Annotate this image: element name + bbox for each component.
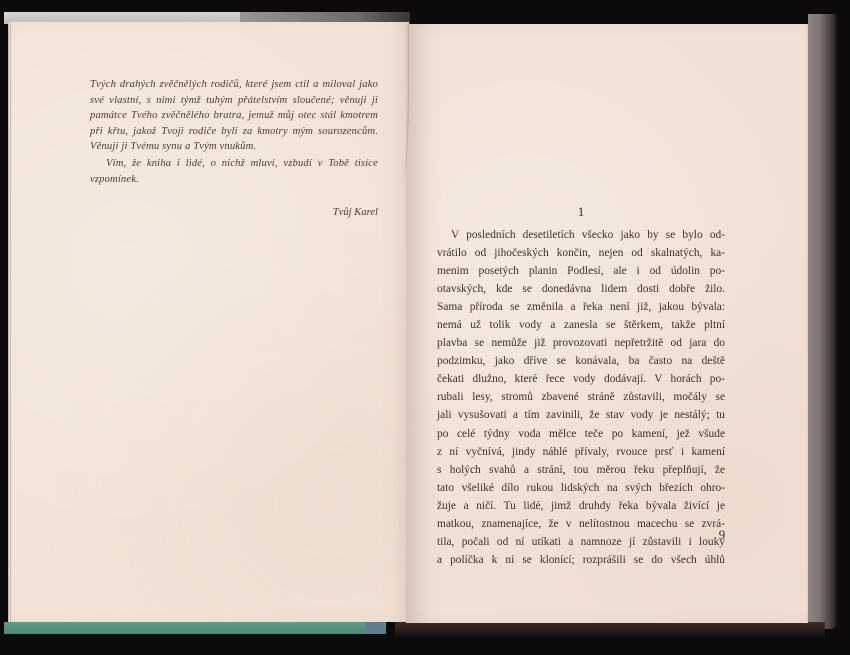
text-line: rubali lesy, stromů zbavené stráně zůsta… [437, 388, 725, 406]
green-cover-board [4, 622, 386, 634]
text-line: po celé týdny voda mělce teče po kamení,… [437, 425, 725, 443]
dedication-paragraph: Tvých drahých zvěčnělých rodičů, které j… [90, 77, 378, 155]
text-line: tila, počali od ní utíkati a namnoze jí … [437, 533, 725, 551]
text-line: V posledních desetiletích všecko jako by… [437, 226, 725, 244]
text-line: vrátilo od jihočeských končin, nejen od … [437, 244, 725, 262]
dedication-signature: Tvůj Karel [300, 207, 378, 218]
bottom-shadow [395, 622, 825, 638]
text-line: plavba se nemůže již provozovati nepřetr… [437, 334, 725, 352]
chapter-body-text: V posledních desetiletích všecko jako by… [437, 226, 725, 569]
dedication-text: Tvých drahých zvěčnělých rodičů, které j… [90, 77, 378, 187]
chapter-number: 1 [436, 204, 726, 220]
text-line: jali vysušovati a tím zavinili, že stav … [437, 406, 725, 424]
text-line: matkou, znamenajíce, že v nelítostnou ma… [437, 515, 725, 533]
cover-board-corner [365, 622, 385, 634]
open-book-photo: Tvých drahých zvěčnělých rodičů, které j… [0, 0, 850, 655]
text-line: z ní vyčnívá, jindy náhlé přívaly, rvouc… [437, 443, 725, 461]
text-line: žuje a ničí. Tu lidé, jimž druhdy řeka b… [437, 497, 725, 515]
text-line: čekati dlužno, které řece vody dodávají.… [437, 370, 725, 388]
text-line: Sama příroda se změnila a řeka není již,… [437, 298, 725, 316]
text-line: podzimku, jako dříve se konávala, ba čas… [437, 352, 725, 370]
text-line: tato všeliké dílo rukou lidských na svýc… [437, 479, 725, 497]
text-line: nemá už tolik vody a zanesla se štěrkem,… [437, 316, 725, 334]
text-line: a políčka k ní se klonící; rozprášili se… [437, 551, 725, 569]
dedication-paragraph: Vím, že kniha i lidé, o nichž mluví, vzb… [90, 156, 378, 187]
text-line: menim posetých planin Podlesí, ale i od … [437, 262, 725, 280]
text-line: s holých svahů a strání, tou měrou řeku … [437, 461, 725, 479]
page-block-edge [808, 14, 838, 629]
page-number: 9 [712, 527, 732, 543]
text-line: otavských, kde se donedávna lidem dosti … [437, 280, 725, 298]
